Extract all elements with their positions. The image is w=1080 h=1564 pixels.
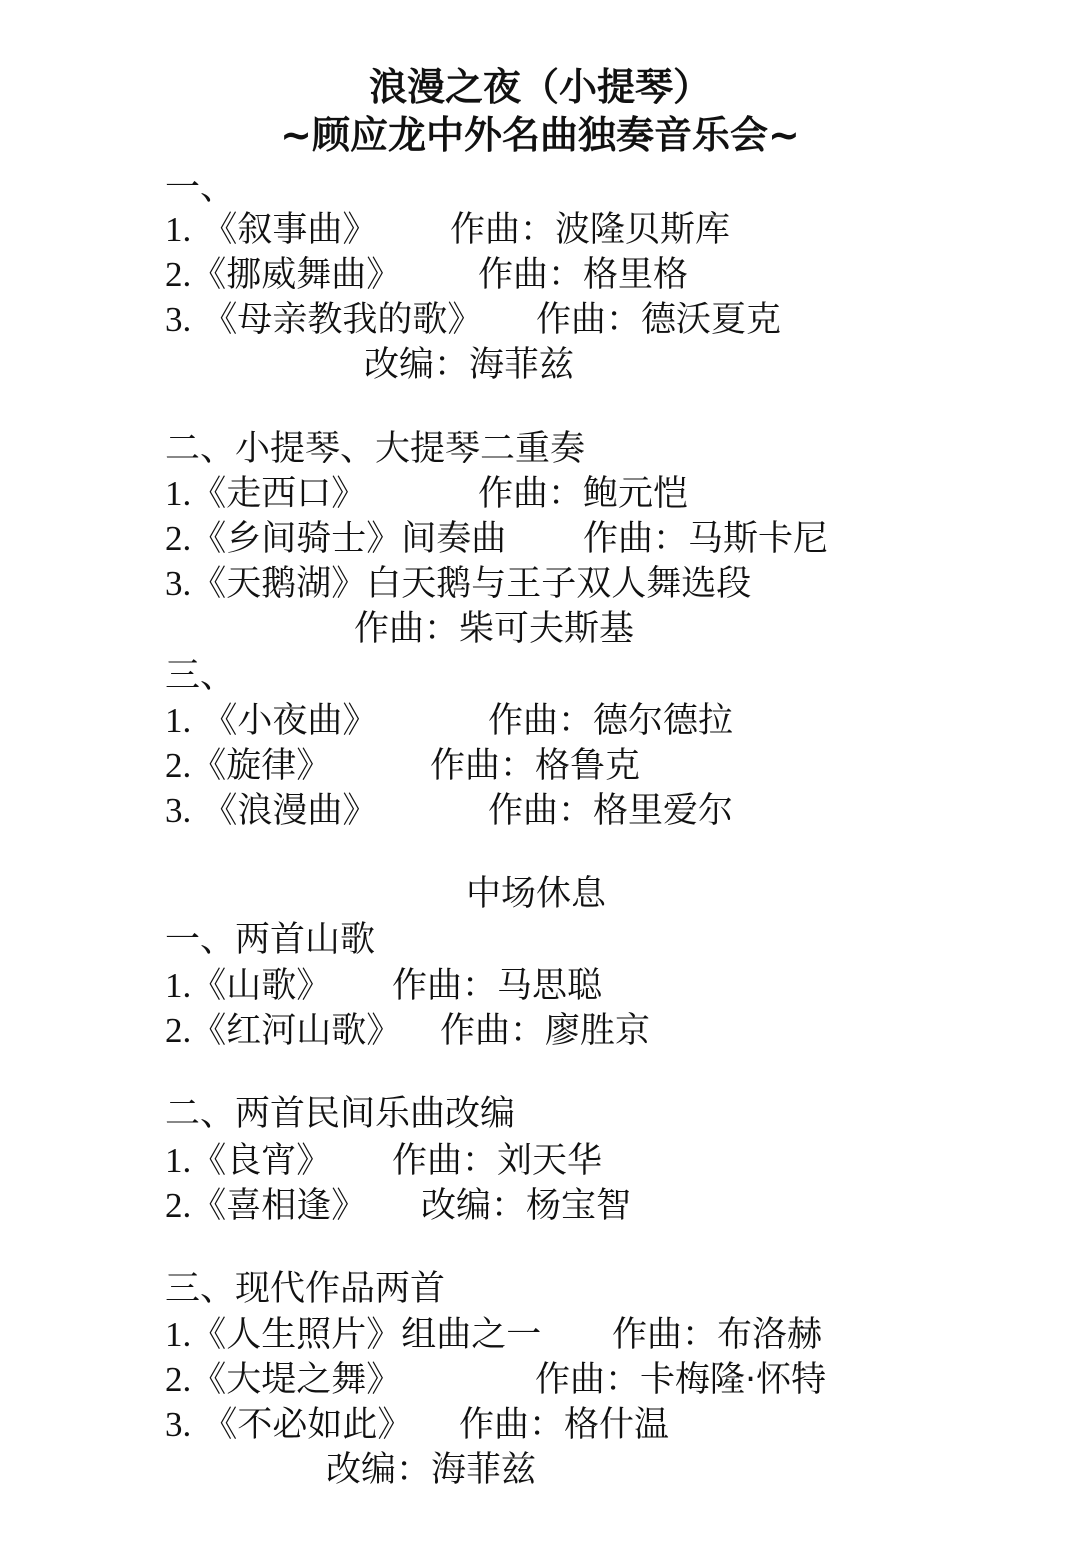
item-work: 《挪威舞曲》: [191, 255, 401, 295]
item-number: 2.: [165, 1186, 191, 1225]
section-heading: 一、: [165, 166, 235, 210]
item-credit: 改编：杨宝智: [421, 1184, 631, 1228]
item-credit: 作曲：刘天华: [392, 1139, 602, 1183]
item-work: 《人生照片》组曲之一: [191, 1315, 541, 1355]
item-credit: 作曲：马思聪: [392, 964, 602, 1008]
item-credit: 作曲：格什温: [459, 1403, 669, 1447]
program-item: 3. 《母亲教我的歌》: [165, 298, 482, 342]
item-credit: 作曲：格鲁克: [430, 744, 640, 788]
program-item: 3.《天鹅湖》白天鹅与王子双人舞选段: [165, 562, 751, 606]
item-credit: 作曲：马斯卡尼: [583, 517, 828, 561]
item-number: 3.: [165, 791, 191, 830]
item-number: 1.: [165, 966, 191, 1005]
item-number: 3.: [165, 1405, 191, 1444]
program-subtitle: ~顾应龙中外名曲独奏音乐会~: [0, 112, 1080, 158]
item-credit: 作曲：卡梅隆·怀特: [535, 1358, 826, 1402]
section-heading: 二、两首民间乐曲改编: [165, 1092, 515, 1136]
program-item: 3. 《浪漫曲》: [165, 789, 377, 833]
item-work: 《小夜曲》: [202, 701, 377, 741]
item-work: 《走西口》: [191, 474, 366, 514]
program-item: 1.《走西口》: [165, 472, 366, 516]
program-item: 3. 《不必如此》: [165, 1403, 412, 1447]
item-credit-arranger: 改编：海菲兹: [364, 343, 574, 387]
item-number: 1.: [165, 474, 191, 513]
program-item: 1. 《小夜曲》: [165, 699, 377, 743]
section-heading: 一、两首山歌: [165, 918, 375, 962]
item-work: 《母亲教我的歌》: [202, 300, 482, 340]
item-work: 《良宵》: [191, 1141, 331, 1181]
section-heading: 三、: [165, 654, 235, 698]
item-work: 《喜相逢》: [191, 1186, 366, 1226]
item-work: 《浪漫曲》: [202, 791, 377, 831]
item-credit: 作曲：鲍元恺: [478, 472, 688, 516]
item-number: 1.: [165, 1315, 191, 1354]
item-number: 2.: [165, 1011, 191, 1050]
program-item: 2.《挪威舞曲》: [165, 253, 401, 297]
item-work: 《叙事曲》: [202, 210, 377, 250]
item-number: 2.: [165, 519, 191, 558]
item-work: 《山歌》: [191, 966, 331, 1006]
item-credit-arranger: 改编：海菲兹: [326, 1448, 536, 1492]
item-credit: 作曲：柴可夫斯基: [354, 607, 634, 651]
item-credit: 作曲：格里格: [478, 253, 688, 297]
item-work: 《大堤之舞》: [191, 1360, 401, 1400]
item-number: 3.: [165, 564, 191, 603]
program-item: 1.《人生照片》组曲之一: [165, 1313, 541, 1357]
section-heading: 二、小提琴、大提琴二重奏: [165, 427, 585, 471]
item-number: 3.: [165, 300, 191, 339]
item-number: 2.: [165, 255, 191, 294]
item-work: 《红河山歌》: [191, 1011, 401, 1051]
item-number: 1.: [165, 1141, 191, 1180]
item-work: 《旋律》: [191, 746, 331, 786]
item-credit: 作曲：德沃夏克: [536, 298, 781, 342]
item-credit: 作曲：廖胜京: [440, 1009, 650, 1053]
item-credit: 作曲：格里爱尔: [488, 789, 733, 833]
item-number: 2.: [165, 746, 191, 785]
item-credit: 作曲：波隆贝斯库: [450, 208, 730, 252]
item-number: 1.: [165, 701, 191, 740]
program-item: 2.《红河山歌》: [165, 1009, 401, 1053]
item-work: 《不必如此》: [202, 1405, 412, 1445]
program-item: 2.《喜相逢》: [165, 1184, 366, 1228]
item-work: 《天鹅湖》白天鹅与王子双人舞选段: [191, 564, 751, 604]
program-item: 2.《乡间骑士》间奏曲: [165, 517, 506, 561]
program-item: 2.《旋律》: [165, 744, 331, 788]
section-heading: 三、现代作品两首: [165, 1267, 445, 1311]
item-credit: 作曲：德尔德拉: [488, 699, 733, 743]
program-item: 2.《大堤之舞》: [165, 1358, 401, 1402]
item-number: 1.: [165, 210, 191, 249]
program-item: 1.《山歌》: [165, 964, 331, 1008]
item-work: 《乡间骑士》间奏曲: [191, 519, 506, 559]
item-number: 2.: [165, 1360, 191, 1399]
item-credit: 作曲：布洛赫: [612, 1313, 822, 1357]
intermission-label: 中场休息: [466, 872, 606, 916]
program-item: 1. 《叙事曲》: [165, 208, 377, 252]
program-item: 1.《良宵》: [165, 1139, 331, 1183]
program-title: 浪漫之夜（小提琴）: [0, 64, 1080, 110]
